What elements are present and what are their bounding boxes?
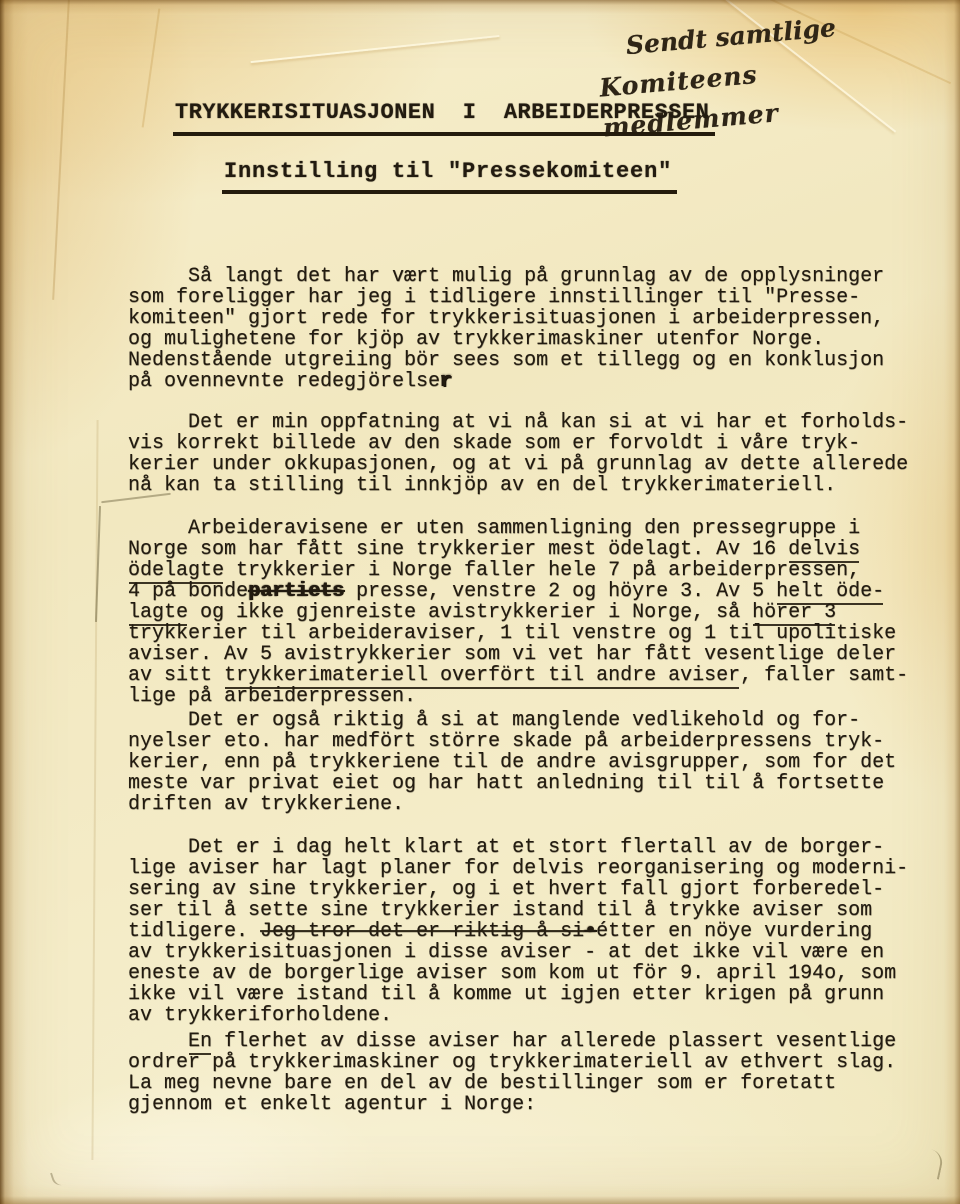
text-line: kerier under okkupasjonen, og at vi på g… (128, 454, 938, 475)
text-line: Det er min oppfatning at vi nå kan si at… (128, 412, 938, 433)
text-segment: vis korrekt billede av den skade som er … (128, 432, 860, 455)
paragraph: Det er også riktig å si at manglende ved… (128, 710, 938, 815)
text-segment: Arbeideravisene er uten sammenligning de… (128, 517, 860, 540)
scanned-document-page: Sendt samtlige Komiteens medlemmer TRYKK… (0, 0, 960, 1204)
text-segment: på ovennevnte redegjörelse (128, 370, 440, 393)
text-segment: ordrer på trykkerimaskiner og trykkerima… (128, 1051, 896, 1074)
text-segment: kerier, enn på trykkeriene til de andre … (128, 751, 896, 774)
text-segment: kerier under okkupasjonen, og at vi på g… (128, 453, 908, 476)
paper-crease (52, 0, 70, 300)
text-line: Arbeideravisene er uten sammenligning de… (128, 518, 938, 539)
paragraph: Arbeideravisene er uten sammenligning de… (128, 518, 938, 707)
text-line: ödelagte trykkerier i Norge faller hele … (128, 560, 938, 581)
text-segment: trykkerier i Norge faller hele 7 på arbe… (224, 559, 860, 582)
paragraph: Det er min oppfatning at vi nå kan si at… (128, 412, 938, 496)
text-line: nyelser eto. har medfört större skade på… (128, 731, 938, 752)
text-line: lagte og ikke gjenreiste avistrykkerier … (128, 602, 938, 623)
text-line: En flerhet av disse aviser har allerede … (128, 1031, 938, 1052)
text-line: tidligere. Jeg tror det er riktig å si•é… (128, 921, 938, 942)
text-segment: Nedenstående utgreiing bör sees som et t… (128, 349, 884, 372)
paragraph: En flerhet av disse aviser har allerede … (128, 1031, 938, 1115)
text-segment: r (440, 370, 451, 393)
text-line: 4 på bondepartiets presse, venstre 2 og … (128, 581, 938, 602)
text-line: eneste av de borgerlige aviser som kom u… (128, 963, 938, 984)
text-segment: Det er også riktig å si at manglende ved… (128, 709, 860, 732)
text-line: vis korrekt billede av den skade som er … (128, 433, 938, 454)
text-segment: og ikke gjenreiste avistrykkerier i Norg… (188, 601, 752, 624)
text-line: av trykkerisituasjonen i disse aviser - … (128, 942, 938, 963)
text-segment: • (584, 920, 596, 943)
text-segment: gjennom et enkelt agentur i Norge: (128, 1093, 536, 1116)
text-segment: ser til å sette sine trykkerier istand t… (128, 899, 872, 922)
text-line: komiteen" gjort rede for trykkerisituasj… (128, 308, 938, 329)
text-segment: av trykkeriforholdene. (128, 1004, 392, 1027)
text-line: gjennom et enkelt agentur i Norge: (128, 1094, 938, 1115)
text-line: meste var privat eiet og har hatt anledn… (128, 773, 938, 794)
text-segment: ödelagte (128, 559, 224, 582)
text-line: driften av trykkeriene. (128, 794, 938, 815)
text-segment: En (188, 1030, 212, 1053)
text-segment: lige aviser har lagt planer for delvis r… (128, 857, 908, 880)
text-segment: av trykkerisituasjonen i disse aviser - … (128, 941, 884, 964)
text-segment: aviser. Av 5 avistrykkerier som vi vet h… (128, 643, 896, 666)
text-segment: La meg nevne bare en del av de bestillin… (128, 1072, 836, 1095)
text-line: Det er også riktig å si at manglende ved… (128, 710, 938, 731)
text-segment: komiteen" gjort rede for trykkerisituasj… (128, 307, 884, 330)
text-segment: Jeg tror det er riktig å si (260, 920, 584, 943)
text-segment: , faller samt- (740, 664, 908, 687)
text-segment: eneste av de borgerlige aviser som kom u… (128, 962, 896, 985)
text-segment: 4 på bonde (128, 580, 248, 603)
text-line: aviser. Av 5 avistrykkerier som vi vet h… (128, 644, 938, 665)
text-line: ordrer på trykkerimaskiner og trykkerima… (128, 1052, 938, 1073)
text-segment: lige på arbeiderpressen. (128, 685, 416, 708)
pencil-bracket-mark (95, 506, 101, 622)
text-segment: delvis (788, 538, 860, 561)
text-segment: trykkerimateriell overfört til andre avi… (224, 664, 740, 687)
text-segment: driften av trykkeriene. (128, 793, 404, 816)
text-segment: som foreligger har jeg i tidligere innst… (128, 286, 860, 309)
text-segment (128, 1030, 188, 1053)
text-line: Så langt det har vært mulig på grunnlag … (128, 266, 938, 287)
text-segment: presse, venstre 2 og höyre 3. Av 5 (344, 580, 776, 603)
text-segment: av sitt (128, 664, 224, 687)
text-line: av trykkeriforholdene. (128, 1005, 938, 1026)
text-segment: tidligere. (128, 920, 260, 943)
text-line: som foreligger har jeg i tidligere innst… (128, 287, 938, 308)
text-segment: Norge som har fått sine trykkerier mest … (128, 538, 788, 561)
pencil-mark (50, 1170, 66, 1188)
text-segment: meste var privat eiet og har hatt anledn… (128, 772, 884, 795)
text-segment: ikke vil være istand til å komme ut igje… (128, 983, 884, 1006)
text-line: og mulighetene for kjöp av trykkerimaski… (128, 329, 938, 350)
text-segment: sering av sine trykkerier, og i et hvert… (128, 878, 884, 901)
text-line: trykkerier til arbeideraviser, 1 til ven… (128, 623, 938, 644)
text-line: ikke vil være istand til å komme ut igje… (128, 984, 938, 1005)
text-line: lige på arbeiderpressen. (128, 686, 938, 707)
text-segment: lagte (128, 601, 188, 624)
text-segment: partiets (248, 580, 344, 603)
text-segment: nyelser eto. har medfört större skade på… (128, 730, 884, 753)
text-line: nå kan ta stilling til innkjöp av en del… (128, 475, 938, 496)
paragraph: Så langt det har vært mulig på grunnlag … (128, 266, 938, 392)
text-segment: trykkerier til arbeideraviser, 1 til ven… (128, 622, 896, 645)
text-segment: Det er i dag helt klart at et stort fler… (128, 836, 884, 859)
text-line: sering av sine trykkerier, og i et hvert… (128, 879, 938, 900)
text-line: av sitt trykkerimateriell overfört til a… (128, 665, 938, 686)
text-segment: og mulighetene for kjöp av trykkerimaski… (128, 328, 824, 351)
text-segment: flerhet av disse aviser har allerede pla… (212, 1030, 896, 1053)
text-segment: hörer 3 (752, 601, 836, 624)
text-line: Det er i dag helt klart at et stort fler… (128, 837, 938, 858)
paragraphs: Så langt det har vært mulig på grunnlag … (128, 0, 938, 1204)
text-segment: Det er min oppfatning at vi nå kan si at… (128, 411, 908, 434)
text-line: lige aviser har lagt planer for delvis r… (128, 858, 938, 879)
text-line: på ovennevnte redegjörelser (128, 371, 938, 392)
text-line: kerier, enn på trykkeriene til de andre … (128, 752, 938, 773)
text-segment: étter en nöye vurdering (596, 920, 872, 943)
text-segment: nå kan ta stilling til innkjöp av en del… (128, 474, 836, 497)
text-segment: Så langt det har vært mulig på grunnlag … (128, 265, 884, 288)
text-segment: helt öde- (776, 580, 884, 603)
text-line: La meg nevne bare en del av de bestillin… (128, 1073, 938, 1094)
paragraph: Det er i dag helt klart at et stort fler… (128, 837, 938, 1026)
text-line: Norge som har fått sine trykkerier mest … (128, 539, 938, 560)
text-line: ser til å sette sine trykkerier istand t… (128, 900, 938, 921)
text-line: Nedenstående utgreiing bör sees som et t… (128, 350, 938, 371)
